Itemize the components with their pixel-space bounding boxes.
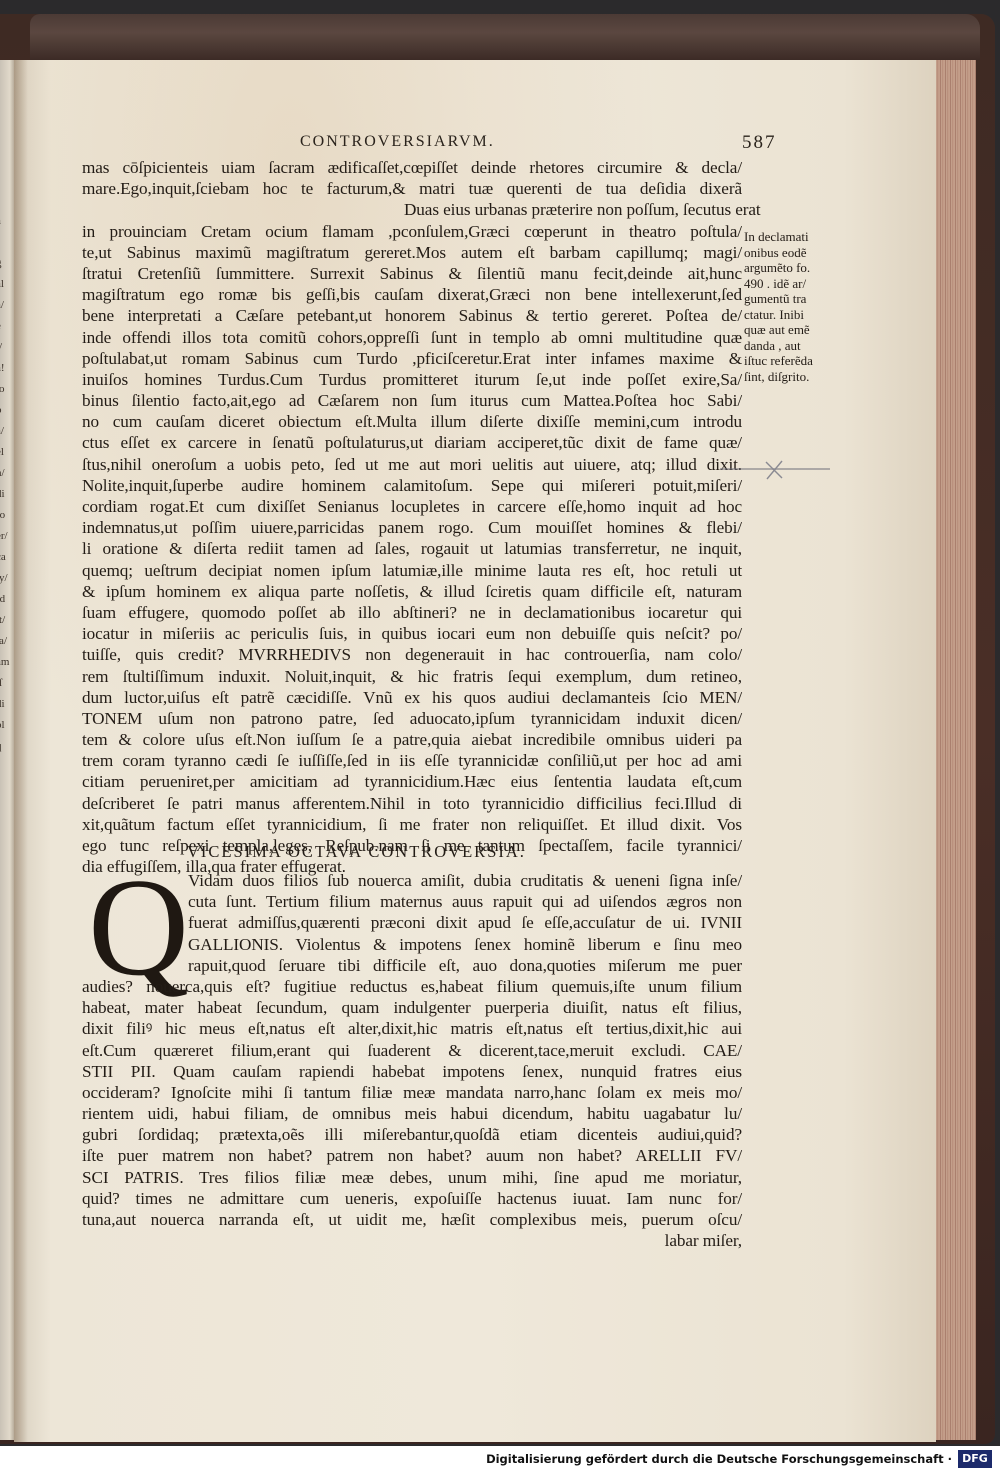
- margin-note: In declamati onibus eodẽ argumẽto fo. 49…: [744, 229, 830, 384]
- text-line: inuiſos homines Turdus.Cum Turdus promit…: [82, 369, 742, 390]
- book-top-edge: [30, 14, 980, 60]
- margin-note-line: 490 . idẽ ar/: [744, 276, 830, 292]
- text-line: STII PII. Quam cauſam rapiendi habebat i…: [82, 1061, 742, 1082]
- left-page-fragment: ſt/: [0, 610, 14, 631]
- margin-note-line: danda , aut: [744, 338, 830, 354]
- text-line: tuiſſe, quis credit? MVRRHEDIVS non dege…: [82, 644, 742, 665]
- margin-note-line: ſint, diſgrito.: [744, 369, 830, 385]
- text-line: fuerat admiſſus,quærenti præconi dixit a…: [82, 912, 742, 933]
- margin-note-line: ctatur. Inibi: [744, 307, 830, 323]
- funding-credit: Digitalisierung gefördert durch die Deut…: [486, 1452, 952, 1466]
- text-line: tuna,aut nouerca narranda eſt, ut uidit …: [82, 1209, 742, 1230]
- text-line: iocatur in miſeriis ac periculis ſuis, i…: [82, 623, 742, 644]
- left-page-fragment: ro: [0, 505, 14, 526]
- gutter-shadow: [14, 60, 28, 1442]
- text-line: rientem uidi, habui filiam, de omnibus m…: [82, 1103, 742, 1124]
- text-line: quemq; ueſtrum decipiat nomen ipſum latu…: [82, 560, 742, 581]
- left-page-fragments: ia/gala/ei/a!looa/eln/diroer/caty/rdſt/i…: [0, 190, 14, 840]
- left-page-fragment: g: [0, 253, 14, 274]
- left-page-fragment: el: [0, 442, 14, 463]
- text-line: ſtratui Cretenſiũ ſummittere. Surrexit S…: [82, 263, 742, 284]
- text-line: dum luctor,uiſus eſt patrẽ cæcidiſſe. Vn…: [82, 687, 742, 708]
- left-page-fragment: o: [0, 400, 14, 421]
- pencil-cross-mark-icon: [762, 458, 786, 482]
- left-page-fragment: i/: [0, 337, 14, 358]
- left-page-fragment: a!: [0, 358, 14, 379]
- text-line: no cum cauſam diceret obiectum eſt.Multa…: [82, 411, 742, 432]
- left-page-fragment: n/: [0, 463, 14, 484]
- left-page-fragment: e: [0, 316, 14, 337]
- text-line: cordiam rogat.Et cum dixiſſet Senianus l…: [82, 496, 742, 517]
- left-page-fragment: a/: [0, 295, 14, 316]
- left-page-fragment: ia/: [0, 631, 14, 652]
- text-line: habeat, mater habeat ſecundum, quam indu…: [82, 997, 742, 1018]
- text-line: eſt.Cum quæreret filium,erant qui ſuader…: [82, 1040, 742, 1061]
- margin-note-line: gumentũ tra: [744, 291, 830, 307]
- text-line: te,ut Sabinus maximũ magiſtratum gereret…: [82, 242, 742, 263]
- left-page-fragment: a: [0, 211, 14, 232]
- text-line: rapuit,quod ſeruare tibi difficile eſt, …: [82, 955, 742, 976]
- text-line: deſcriberet ſe patri manus afferentem.Ni…: [82, 793, 742, 814]
- text-line: Nolite,inquit,ſuperbe audire hominem cal…: [82, 475, 742, 496]
- text-line: li oratione & diſerta rediit tamen ad ſa…: [82, 538, 742, 559]
- text-line: indemnatus,ut poſſim uiuere,parricidas p…: [82, 517, 742, 538]
- text-line: iſte puer matrem non habet? patrem non h…: [82, 1145, 742, 1166]
- left-page-fragment: ol: [0, 715, 14, 736]
- margin-note-line: onibus eodẽ: [744, 245, 830, 261]
- section-body-text: Vidam duos filios ſub nouerca amiſit, du…: [82, 870, 742, 1251]
- text-line: Vidam duos filios ſub nouerca amiſit, du…: [82, 870, 742, 891]
- dfg-logo: DFG: [958, 1450, 992, 1468]
- text-line: bene interpretati a Cæſare petebant,ut h…: [82, 305, 742, 326]
- left-page-fragment: lo: [0, 379, 14, 400]
- body-text: mas cōſpicienteis uiam ſacram ædificaſſe…: [82, 157, 742, 877]
- text-line: rem ſtultiſſimum induxit. Noluit,inquit,…: [82, 666, 742, 687]
- margin-note-line: In declamati: [744, 229, 830, 245]
- left-page-fragment: ty/: [0, 568, 14, 589]
- page-number: 587: [742, 132, 777, 154]
- left-page-fragment: iſ: [0, 673, 14, 694]
- text-line: TONEM uſum non patrono patre, ſed aduoca…: [82, 708, 742, 729]
- text-line: in prouinciam Cretam ocium flamam ,pconſ…: [82, 221, 742, 242]
- left-page-fragment: /: [0, 232, 14, 253]
- book-fore-edge: [936, 60, 976, 1440]
- left-page-fragment: er/: [0, 526, 14, 547]
- text-line: xit,quãtum factum eſſet tyrannicidium, ſ…: [82, 814, 742, 835]
- text-line: mare.Ego,inquit,ſciebam hoc te facturum,…: [82, 178, 742, 199]
- text-line: inde offendi illos tota comitũ cohors,op…: [82, 327, 742, 348]
- left-page-fragment: di: [0, 694, 14, 715]
- text-line: ſtus,nihil oneroſum a uobis peto, ſed ut…: [82, 454, 742, 475]
- text-line: tem & colore uſus eſt.Non iuſſum ſe a pa…: [82, 729, 742, 750]
- text-line: dixit filiꝰ hic meus eſt,natus eſt alter…: [82, 1018, 742, 1039]
- text-line: SCI PATRIS. Tres filios filiæ meæ debes,…: [82, 1167, 742, 1188]
- left-page-fragment: am: [0, 652, 14, 673]
- margin-note-line: quæ aut emẽ: [744, 322, 830, 338]
- text-line: mas cōſpicienteis uiam ſacram ædificaſſe…: [82, 157, 742, 178]
- left-page-fragment: al: [0, 274, 14, 295]
- left-page-fragment: di: [0, 484, 14, 505]
- margin-note-line: iſtuc referẽda: [744, 353, 830, 369]
- text-line: poſtulabat,ut romam Sabinus cum Turdo ,p…: [82, 348, 742, 369]
- text-line: trem coram tyranno cædi ſe iuſſiſſe,ſed …: [82, 750, 742, 771]
- text-line: labar miſer,: [82, 1230, 742, 1251]
- left-page-fragment: q: [0, 736, 14, 757]
- text-line: citiam perueniret,per amicitiam ad tyran…: [82, 771, 742, 792]
- text-line: binus ſilentio facto,ait,ego ad Cæſarem …: [82, 390, 742, 411]
- section-heading: VICESIMA OCTAVA CONTROVERSIA.: [187, 842, 526, 862]
- text-line: cuta ſunt. Tertium filium maternus auus …: [82, 891, 742, 912]
- text-line: audies? nouerca,quis eſt? fugitiue reduc…: [82, 976, 742, 997]
- left-page-fragment: ca: [0, 547, 14, 568]
- text-line: magiſtratum ego romæ bis geſſi,bis cauſa…: [82, 284, 742, 305]
- left-page-fragment: rd: [0, 589, 14, 610]
- text-line: GALLIONIS. Violentus & impotens ſenex ho…: [82, 934, 742, 955]
- margin-note-line: argumẽto fo.: [744, 260, 830, 276]
- left-page-fragment: a/: [0, 421, 14, 442]
- running-head: CONTROVERSIARVM.: [300, 133, 495, 151]
- text-line: ctus eſſet ex carcere in ſenatũ poſtulat…: [82, 432, 742, 453]
- text-line: occideram? Ignoſcite mihi ſi tantum fili…: [82, 1082, 742, 1103]
- text-line: gubri ſordidaq; prætexta,oẽs illi miſere…: [82, 1124, 742, 1145]
- left-page-fragment: i: [0, 190, 14, 211]
- text-line: Duas eius urbanas præterire non poſſum, …: [82, 199, 742, 220]
- text-line: quid? times ne admittare cum ueneris, ex…: [82, 1188, 742, 1209]
- text-line: & ipſum hominem ex aliqua parte noſſetis…: [82, 581, 742, 602]
- text-line: ſuam effugere, quomodo poſſet ab illo ab…: [82, 602, 742, 623]
